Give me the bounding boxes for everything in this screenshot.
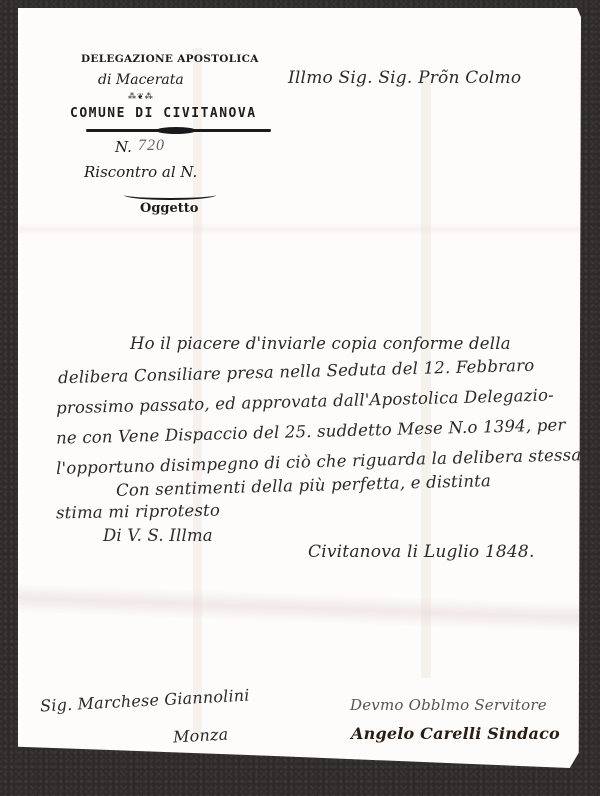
body-line: Di V. S. Illma (103, 526, 213, 545)
body-line: delibera Consiliare presa nella Seduta d… (58, 356, 535, 387)
place-date: Civitanova li Luglio 1848. (308, 542, 535, 562)
letter-paper: DELEGAZIONE APOSTOLICA di Macerata ⁂❦⁂ C… (18, 8, 581, 768)
letterhead-authority: DELEGAZIONE APOSTOLICA (81, 53, 259, 65)
protocol-number-label: N. (115, 138, 132, 156)
body-line: prossimo passato, ed approvata dall'Apos… (56, 385, 554, 417)
decorative-rule (86, 129, 271, 132)
subject-label: Oggetto (140, 201, 198, 216)
body-line: ne con Vene Dispaccio del 25. suddetto M… (56, 415, 566, 447)
decorative-swash (124, 190, 216, 200)
body-line: Ho il piacere d'inviarle copia conforme … (130, 334, 511, 353)
fold-crease (193, 48, 202, 738)
body-line: l'opportuno disimpegno di ciò che riguar… (56, 445, 587, 478)
addressee-city: Monza (173, 725, 229, 747)
fold-crease (18, 223, 581, 235)
protocol-number-value: 720 (138, 137, 165, 155)
letterhead-municipality: COMUNE DI CIVITANOVA (70, 106, 257, 121)
reply-reference-label: Riscontro al N. (84, 163, 197, 181)
fold-crease (421, 78, 431, 678)
closing-formula: Devmo Obblmo Servitore (350, 696, 547, 714)
signature: Angelo Carelli Sindaco (351, 724, 560, 743)
letterhead-province: di Macerata (98, 72, 184, 88)
ornament-icon: ⁂❦⁂ (128, 92, 154, 101)
addressee-name: Sig. Marchese Giannolini (40, 686, 250, 716)
body-line: Con sentimenti della più perfetta, e dis… (116, 471, 491, 500)
salutation: Illmo Sig. Sig. Prõn Colmo (288, 68, 521, 88)
body-line: stima mi riprotesto (56, 501, 220, 523)
fold-crease (18, 583, 581, 633)
